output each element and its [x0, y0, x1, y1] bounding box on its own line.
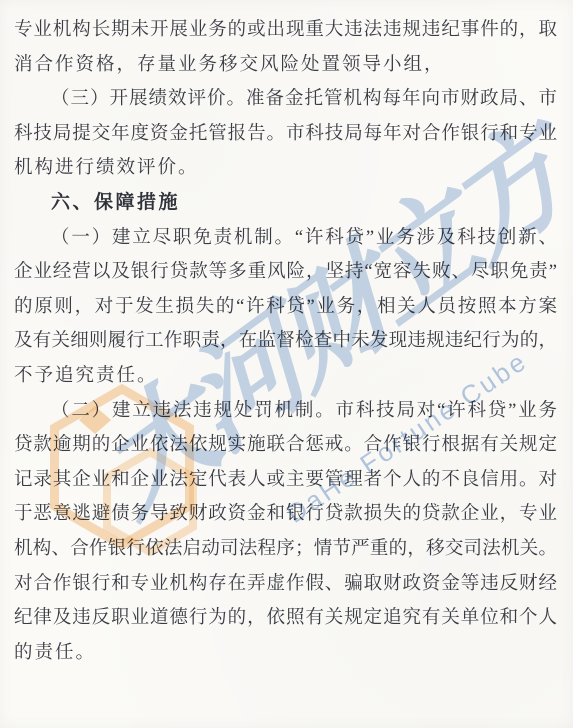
text-line: 于恶意逃避债务导致财政资金和银行贷款损失的贷款企业，专业	[14, 497, 557, 532]
text-line: 及有关细则履行工作职责，在监督检查中未发现违规违纪行为的，	[14, 324, 557, 359]
text-line: 科技局提交年度资金托管报告。市科技局每年对合作银行和专业	[14, 117, 557, 152]
text-line: 消合作资格，存量业务移交风险处置领导小组，	[14, 48, 557, 83]
text-line: 的原则，对于发生损失的“许科贷”业务，相关人员按照本方案	[14, 290, 557, 325]
text-line: 机构进行绩效评价。	[14, 151, 557, 186]
text-line: 专业机构长期未开展业务的或出现重大违法违规违纪事件的，取	[14, 13, 557, 48]
text-line: 记录其企业和企业法定代表人或主要管理者个人的不良信用。对	[14, 463, 557, 498]
text-line: 的责任。	[14, 636, 557, 671]
text-line: （一）建立尽职免责机制。“许科贷”业务涉及科技创新、	[14, 221, 557, 256]
text-line: 企业经营以及银行贷款等多重风险，坚持“宽容失败、尽职免责”	[14, 255, 557, 290]
text-line: 不予追究责任。	[14, 359, 557, 394]
text-line: 纪律及违反职业道德行为的，依照有关规定追究有关单位和个人	[14, 601, 557, 636]
document-text-block: 专业机构长期未开展业务的或出现重大违法违规违纪事件的，取 消合作资格，存量业务移…	[14, 13, 557, 670]
text-line: 贷款逾期的企业依法依规实施联合惩戒。合作银行根据有关规定	[14, 428, 557, 463]
text-line: 对合作银行和专业机构存在弄虚作假、骗取财政资金等违反财经	[14, 567, 557, 602]
text-line: 机构、合作银行依法启动司法程序；情节严重的，移交司法机关。	[14, 532, 557, 567]
section-heading: 六、保障措施	[14, 186, 557, 221]
scanned-document-page: 专业机构长期未开展业务的或出现重大违法违规违纪事件的，取 消合作资格，存量业务移…	[0, 0, 573, 728]
text-line: （二）建立违法违规处罚机制。市科技局对“许科贷”业务	[14, 394, 557, 429]
text-line: （三）开展绩效评价。准备金托管机构每年向市财政局、市	[14, 82, 557, 117]
